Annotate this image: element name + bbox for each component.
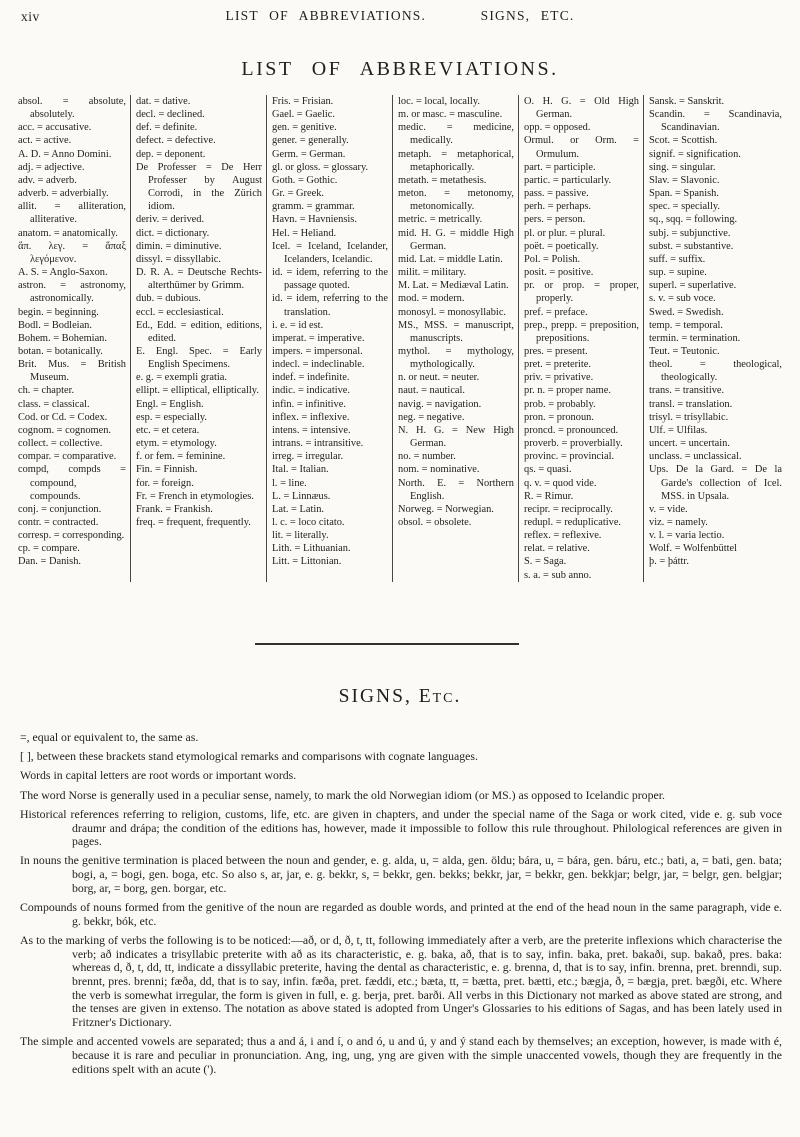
abbrev-entry: proncd. = pronounced. bbox=[524, 424, 639, 437]
abbrev-entry: sup. = supine. bbox=[649, 266, 782, 279]
abbrev-entry: neg. = negative. bbox=[398, 411, 514, 424]
abbrev-entry: dat. = dative. bbox=[136, 95, 262, 108]
abbrev-entry: indecl. = indeclinable. bbox=[272, 358, 388, 371]
abbrev-column-6: Sansk. = Sanskrit.Scandin. = Scandinavia… bbox=[643, 95, 786, 582]
abbrev-entry: S. = Saga. bbox=[524, 555, 639, 568]
abbrev-entry: infin. = infinitive. bbox=[272, 398, 388, 411]
abbrev-entry: for. = foreign. bbox=[136, 477, 262, 490]
abbrev-entry: impers. = impersonal. bbox=[272, 345, 388, 358]
signs-paragraph: [ ], between these brackets stand etymol… bbox=[20, 750, 782, 764]
signs-paragraph: The simple and accented vowels are separ… bbox=[20, 1035, 782, 1076]
abbrev-entry: M. Lat. = Mediæval Latin. bbox=[398, 279, 514, 292]
abbrev-entry: q. v. = quod vide. bbox=[524, 477, 639, 490]
abbrev-entry: subst. = substantive. bbox=[649, 240, 782, 253]
abbrev-column-2: dat. = dative.decl. = declined.def. = de… bbox=[130, 95, 266, 582]
abbrev-entry: indef. = indefinite. bbox=[272, 371, 388, 384]
abbrev-entry: prep., prepp. = preposition, preposition… bbox=[524, 319, 639, 345]
abbrev-entry: metric. = metrically. bbox=[398, 213, 514, 226]
abbrev-entry: Gael. = Gaelic. bbox=[272, 108, 388, 121]
abbrev-entry: Icel. = Iceland, Icelander, Icelanders, … bbox=[272, 240, 388, 266]
abbrev-entry: ellipt. = elliptical, elliptically. bbox=[136, 384, 262, 397]
abbrev-entry: pret. = preterite. bbox=[524, 358, 639, 371]
abbrev-entry: O. H. G. = Old High German. bbox=[524, 95, 639, 121]
abbrev-entry: acc. = accusative. bbox=[18, 121, 126, 134]
abbrev-entry: Swed. = Swedish. bbox=[649, 306, 782, 319]
abbrev-entry: adj. = adjective. bbox=[18, 161, 126, 174]
abbrev-entry: Ed., Edd. = edition, editions, edited. bbox=[136, 319, 262, 345]
abbrev-entry: suff. = suffix. bbox=[649, 253, 782, 266]
abbrev-entry: pref. = preface. bbox=[524, 306, 639, 319]
abbrev-entry: pr. or prop. = proper, properly. bbox=[524, 279, 639, 305]
abbrev-entry: Ital. = Italian. bbox=[272, 463, 388, 476]
abbrev-entry: cognom. = cognomen. bbox=[18, 424, 126, 437]
abbrev-entry: poët. = poetically. bbox=[524, 240, 639, 253]
abbrev-entry: dict. = dictionary. bbox=[136, 227, 262, 240]
abbrev-entry: conj. = conjunction. bbox=[18, 503, 126, 516]
abbrev-entry: Teut. = Teutonic. bbox=[649, 345, 782, 358]
signs-section: =, equal or equivalent to, the same as.[… bbox=[20, 731, 782, 1082]
abbrev-entry: Germ. = German. bbox=[272, 148, 388, 161]
abbrev-entry: Span. = Spanish. bbox=[649, 187, 782, 200]
abbrev-entry: Slav. = Slavonic. bbox=[649, 174, 782, 187]
abbrev-entry: temp. = temporal. bbox=[649, 319, 782, 332]
abbrev-entry: Goth. = Gothic. bbox=[272, 174, 388, 187]
abbrev-entry: Ups. De la Gard. = De la Garde's collect… bbox=[649, 463, 782, 502]
abbrev-entry: Wolf. = Wolfenbüttel bbox=[649, 542, 782, 555]
abbrev-entry: compd, compds = compound, compounds. bbox=[18, 463, 126, 502]
abbrev-entry: dub. = dubious. bbox=[136, 292, 262, 305]
abbrev-entry: meton. = metonomy, metonomically. bbox=[398, 187, 514, 213]
abbrev-entry: medic. = medicine, medically. bbox=[398, 121, 514, 147]
abbrev-entry: subj. = subjunctive. bbox=[649, 227, 782, 240]
abbrev-entry: esp. = especially. bbox=[136, 411, 262, 424]
abbrev-entry: spec. = specially. bbox=[649, 200, 782, 213]
abbrev-entry: partic. = particularly. bbox=[524, 174, 639, 187]
abbrev-entry: transl. = translation. bbox=[649, 398, 782, 411]
abbrev-entry: imperat. = imperative. bbox=[272, 332, 388, 345]
running-head: LIST OF ABBREVIATIONS. SIGNS, ETC. bbox=[0, 8, 800, 24]
abbrev-entry: unclass. = unclassical. bbox=[649, 450, 782, 463]
abbrev-entry: etym. = etymology. bbox=[136, 437, 262, 450]
abbrev-entry: prob. = probably. bbox=[524, 398, 639, 411]
abbrev-entry: allit. = alliteration, alliterative. bbox=[18, 200, 126, 226]
abbrev-entry: Brit. Mus. = British Museum. bbox=[18, 358, 126, 384]
abbreviations-title: LIST OF ABBREVIATIONS. bbox=[0, 58, 800, 81]
running-head-left: LIST OF ABBREVIATIONS. bbox=[226, 8, 427, 23]
abbrev-entry: gramm. = grammar. bbox=[272, 200, 388, 213]
abbrev-entry: Bodl. = Bodleian. bbox=[18, 319, 126, 332]
abbrev-entry: Havn. = Havniensis. bbox=[272, 213, 388, 226]
abbrev-entry: redupl. = reduplicative. bbox=[524, 516, 639, 529]
abbrev-entry: signif. = signification. bbox=[649, 148, 782, 161]
abbrev-column-3: Fris. = Frisian.Gael. = Gaelic.gen. = ge… bbox=[266, 95, 392, 582]
abbrev-entry: begin. = beginning. bbox=[18, 306, 126, 319]
abbrev-entry: Cod. or Cd. = Codex. bbox=[18, 411, 126, 424]
abbrev-entry: dimin. = diminutive. bbox=[136, 240, 262, 253]
abbrev-entry: Fr. = French in etymologies. bbox=[136, 490, 262, 503]
abbrev-entry: MS., MSS. = manuscript, manuscripts. bbox=[398, 319, 514, 345]
abbrev-entry: pron. = pronoun. bbox=[524, 411, 639, 424]
abbrev-entry: act. = active. bbox=[18, 134, 126, 147]
abbrev-entry: sq., sqq. = following. bbox=[649, 213, 782, 226]
abbrev-entry: l. = line. bbox=[272, 477, 388, 490]
abbrev-entry: mid. Lat. = middle Latin. bbox=[398, 253, 514, 266]
abbrev-entry: e. g. = exempli gratia. bbox=[136, 371, 262, 384]
abbrev-entry: cp. = compare. bbox=[18, 542, 126, 555]
section-divider-rule bbox=[255, 643, 519, 645]
abbrev-entry: navig. = navigation. bbox=[398, 398, 514, 411]
abbrev-entry: Lat. = Latin. bbox=[272, 503, 388, 516]
abbrev-entry: astron. = astronomy, astronomically. bbox=[18, 279, 126, 305]
abbrev-column-1: absol. = absolute, absolutely.acc. = acc… bbox=[18, 95, 130, 582]
abbreviations-columns: absol. = absolute, absolutely.acc. = acc… bbox=[18, 95, 786, 582]
abbrev-entry: theol. = theological, theologically. bbox=[649, 358, 782, 384]
abbrev-entry: indic. = indicative. bbox=[272, 384, 388, 397]
signs-paragraph: As to the marking of verbs the following… bbox=[20, 934, 782, 1030]
abbrev-entry: compar. = comparative. bbox=[18, 450, 126, 463]
abbrev-entry: De Professer = De Herr Professer by Augu… bbox=[136, 161, 262, 214]
abbrev-entry: dissyl. = dissyllabic. bbox=[136, 253, 262, 266]
abbrev-entry: metath. = metathesis. bbox=[398, 174, 514, 187]
abbrev-entry: A. D. = Anno Domini. bbox=[18, 148, 126, 161]
signs-paragraph: The word Norse is generally used in a pe… bbox=[20, 789, 782, 803]
abbrev-entry: n. or neut. = neuter. bbox=[398, 371, 514, 384]
abbrev-entry: Scot. = Scottish. bbox=[649, 134, 782, 147]
abbrev-entry: mythol. = mythology, mythologically. bbox=[398, 345, 514, 371]
abbrev-entry: decl. = declined. bbox=[136, 108, 262, 121]
abbrev-entry: pers. = person. bbox=[524, 213, 639, 226]
signs-paragraph: Historical references referring to relig… bbox=[20, 808, 782, 849]
abbrev-entry: opp. = opposed. bbox=[524, 121, 639, 134]
abbrev-entry: qs. = quasi. bbox=[524, 463, 639, 476]
abbrev-entry: gl. or gloss. = glossary. bbox=[272, 161, 388, 174]
abbrev-entry: nom. = nominative. bbox=[398, 463, 514, 476]
abbrev-entry: Engl. = English. bbox=[136, 398, 262, 411]
signs-paragraph: In nouns the genitive termination is pla… bbox=[20, 854, 782, 895]
signs-paragraph: =, equal or equivalent to, the same as. bbox=[20, 731, 782, 745]
abbrev-entry: adv. = adverb. bbox=[18, 174, 126, 187]
abbrev-entry: gener. = generally. bbox=[272, 134, 388, 147]
abbrev-entry: ἅπ. λεγ. = ἅπαξ λεγόμενον. bbox=[18, 240, 126, 266]
abbrev-entry: botan. = botanically. bbox=[18, 345, 126, 358]
abbrev-entry: A. S. = Anglo-Saxon. bbox=[18, 266, 126, 279]
abbrev-entry: l. c. = loco citato. bbox=[272, 516, 388, 529]
abbrev-entry: sing. = singular. bbox=[649, 161, 782, 174]
abbrev-entry: m. or masc. = masculine. bbox=[398, 108, 514, 121]
abbrev-entry: Frank. = Frankish. bbox=[136, 503, 262, 516]
abbrev-entry: Fris. = Frisian. bbox=[272, 95, 388, 108]
abbrev-entry: s. a. = sub anno. bbox=[524, 569, 639, 582]
abbrev-entry: Dan. = Danish. bbox=[18, 555, 126, 568]
abbrev-entry: i. e. = id est. bbox=[272, 319, 388, 332]
abbrev-entry: Gr. = Greek. bbox=[272, 187, 388, 200]
abbrev-entry: termin. = termination. bbox=[649, 332, 782, 345]
abbrev-entry: pres. = present. bbox=[524, 345, 639, 358]
abbrev-entry: adverb. = adverbially. bbox=[18, 187, 126, 200]
abbrev-entry: eccl. = ecclesiastical. bbox=[136, 306, 262, 319]
abbrev-entry: reflex. = reflexive. bbox=[524, 529, 639, 542]
abbrev-entry: North. E. = Northern English. bbox=[398, 477, 514, 503]
abbrev-entry: id. = idem, referring to the passage quo… bbox=[272, 266, 388, 292]
running-head-right: SIGNS, ETC. bbox=[481, 8, 575, 23]
signs-title: SIGNS, Etc. bbox=[0, 686, 800, 708]
abbrev-entry: metaph. = metaphorical, metaphorically. bbox=[398, 148, 514, 174]
abbrev-entry: posit. = positive. bbox=[524, 266, 639, 279]
abbrev-entry: relat. = relative. bbox=[524, 542, 639, 555]
abbrev-entry: Ormul. or Orm. = Ormulum. bbox=[524, 134, 639, 160]
abbrev-entry: collect. = collective. bbox=[18, 437, 126, 450]
abbrev-column-4: loc. = local, locally.m. or masc. = masc… bbox=[392, 95, 518, 582]
abbrev-entry: Bohem. = Bohemian. bbox=[18, 332, 126, 345]
abbrev-entry: monosyl. = monosyllabic. bbox=[398, 306, 514, 319]
abbrev-entry: lit. = literally. bbox=[272, 529, 388, 542]
abbrev-entry: E. Engl. Spec. = Early English Specimens… bbox=[136, 345, 262, 371]
abbrev-entry: part. = participle. bbox=[524, 161, 639, 174]
abbrev-entry: uncert. = uncertain. bbox=[649, 437, 782, 450]
abbrev-entry: trisyl. = trisyllabic. bbox=[649, 411, 782, 424]
abbrev-entry: inflex. = inflexive. bbox=[272, 411, 388, 424]
abbrev-entry: s. v. = sub voce. bbox=[649, 292, 782, 305]
abbrev-entry: viz. = namely. bbox=[649, 516, 782, 529]
abbrev-entry: N. H. G. = New High German. bbox=[398, 424, 514, 450]
abbrev-entry: trans. = transitive. bbox=[649, 384, 782, 397]
abbrev-entry: v. l. = varia lectio. bbox=[649, 529, 782, 542]
abbrev-entry: corresp. = corresponding. bbox=[18, 529, 126, 542]
abbrev-entry: milit. = military. bbox=[398, 266, 514, 279]
abbrev-entry: perh. = perhaps. bbox=[524, 200, 639, 213]
abbrev-entry: v. = vide. bbox=[649, 503, 782, 516]
abbrev-entry: proverb. = proverbially. bbox=[524, 437, 639, 450]
scanned-dictionary-page: xiv LIST OF ABBREVIATIONS. SIGNS, ETC. L… bbox=[0, 0, 800, 1137]
abbrev-entry: recipr. = reciprocally. bbox=[524, 503, 639, 516]
abbrev-entry: absol. = absolute, absolutely. bbox=[18, 95, 126, 121]
abbrev-entry: þ. = þáttr. bbox=[649, 555, 782, 568]
abbrev-entry: irreg. = irregular. bbox=[272, 450, 388, 463]
signs-paragraph: Compounds of nouns formed from the genit… bbox=[20, 901, 782, 928]
abbrev-entry: priv. = privative. bbox=[524, 371, 639, 384]
abbrev-entry: Fin. = Finnish. bbox=[136, 463, 262, 476]
abbrev-entry: Litt. = Littonian. bbox=[272, 555, 388, 568]
abbrev-entry: D. R. A. = Deutsche Rechts-alterthümer b… bbox=[136, 266, 262, 292]
abbrev-entry: Sansk. = Sanskrit. bbox=[649, 95, 782, 108]
abbrev-entry: Norweg. = Norwegian. bbox=[398, 503, 514, 516]
abbrev-entry: Lith. = Lithuanian. bbox=[272, 542, 388, 555]
abbrev-entry: pl. or plur. = plural. bbox=[524, 227, 639, 240]
abbrev-entry: mid. H. G. = middle High German. bbox=[398, 227, 514, 253]
abbrev-entry: anatom. = anatomically. bbox=[18, 227, 126, 240]
abbrev-entry: Scandin. = Scandinavia, Scandinavian. bbox=[649, 108, 782, 134]
abbrev-entry: loc. = local, locally. bbox=[398, 95, 514, 108]
abbrev-entry: Hel. = Heliand. bbox=[272, 227, 388, 240]
abbrev-entry: gen. = genitive. bbox=[272, 121, 388, 134]
abbrev-entry: id. = idem, referring to the translation… bbox=[272, 292, 388, 318]
abbrev-entry: defect. = defective. bbox=[136, 134, 262, 147]
abbrev-entry: f. or fem. = feminine. bbox=[136, 450, 262, 463]
abbrev-entry: no. = number. bbox=[398, 450, 514, 463]
abbrev-entry: mod. = modern. bbox=[398, 292, 514, 305]
abbrev-entry: Ulf. = Ulfilas. bbox=[649, 424, 782, 437]
abbrev-entry: etc. = et cetera. bbox=[136, 424, 262, 437]
abbrev-entry: intens. = intensive. bbox=[272, 424, 388, 437]
abbrev-entry: obsol. = obsolete. bbox=[398, 516, 514, 529]
abbrev-entry: ch. = chapter. bbox=[18, 384, 126, 397]
signs-paragraph: Words in capital letters are root words … bbox=[20, 769, 782, 783]
abbrev-entry: Pol. = Polish. bbox=[524, 253, 639, 266]
abbrev-entry: superl. = superlative. bbox=[649, 279, 782, 292]
abbrev-column-5: O. H. G. = Old High German.opp. = oppose… bbox=[518, 95, 643, 582]
abbrev-entry: intrans. = intransitive. bbox=[272, 437, 388, 450]
abbrev-entry: dep. = deponent. bbox=[136, 148, 262, 161]
abbrev-entry: L. = Linnæus. bbox=[272, 490, 388, 503]
abbrev-entry: provinc. = provincial. bbox=[524, 450, 639, 463]
abbrev-entry: contr. = contracted. bbox=[18, 516, 126, 529]
abbrev-entry: def. = definite. bbox=[136, 121, 262, 134]
abbrev-entry: class. = classical. bbox=[18, 398, 126, 411]
abbrev-entry: deriv. = derived. bbox=[136, 213, 262, 226]
abbrev-entry: R. = Rimur. bbox=[524, 490, 639, 503]
abbrev-entry: naut. = nautical. bbox=[398, 384, 514, 397]
abbrev-entry: pass. = passive. bbox=[524, 187, 639, 200]
abbrev-entry: pr. n. = proper name. bbox=[524, 384, 639, 397]
abbrev-entry: freq. = frequent, frequently. bbox=[136, 516, 262, 529]
